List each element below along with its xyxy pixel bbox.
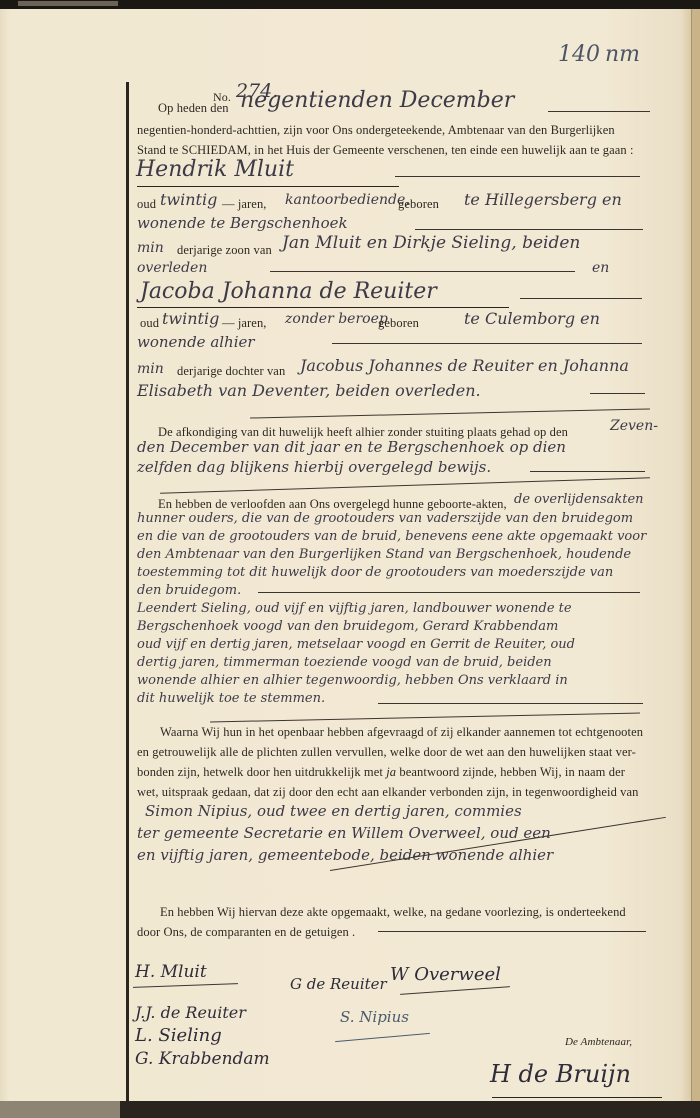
scan-top-edge — [0, 0, 700, 9]
minor-prefix: min — [137, 240, 164, 256]
signature-krabbendam: G. Krabbendam — [135, 1049, 270, 1069]
fill-line — [270, 271, 575, 272]
age-suffix: — jaren, — [222, 197, 267, 212]
documents-hand-5: toestemming tot dit huwelijk door de gro… — [137, 565, 613, 580]
bride-name: Jacoba Johanna de Reuiter — [140, 279, 437, 304]
fill-line — [378, 931, 646, 932]
documents-hand-2: hunner ouders, die van de grootouders va… — [137, 511, 633, 526]
fill-line — [258, 592, 640, 593]
witness-line-1: Simon Nipius, oud twee en dertig jaren, … — [145, 802, 522, 820]
margin-rule — [126, 82, 129, 1102]
and-word: en — [592, 260, 609, 276]
fill-line — [520, 298, 642, 299]
proclamation-details-cont: zelfden dag blijkens hierbij overgelegd … — [137, 458, 491, 476]
bride-occupation: zonder beroep — [285, 311, 388, 327]
documents-hand-9: oud vijf en dertig jaren, metselaar voog… — [137, 637, 575, 652]
fill-line — [395, 176, 640, 177]
groom-name: Hendrik Mluit — [136, 157, 294, 182]
minor-prefix: min — [137, 361, 164, 377]
documents-hand-10: dertig jaren, timmerman toeziende voogd … — [137, 655, 552, 670]
fill-line — [332, 343, 642, 344]
documents-hand-7: Leendert Sieling, oud vijf en vijftig ja… — [137, 601, 572, 616]
witness-line-2: ter gemeente Secretarie en Willem Overwe… — [137, 824, 551, 842]
groom-parents: Jan Mluit en Dirkje Sieling, beiden — [282, 233, 580, 253]
closing-line1: En hebben Wij hiervan deze akte opgemaak… — [160, 905, 626, 920]
proclamation-details: den December van dit jaar en te Bergsche… — [137, 438, 566, 456]
preamble-heden: Op heden den — [158, 101, 229, 116]
preamble-line3: Stand te SCHIEDAM, in het Huis der Gemee… — [137, 143, 634, 158]
bride-birthplace: te Culemborg en — [464, 309, 600, 328]
fill-line — [590, 393, 645, 394]
archive-page-initials: nm — [605, 42, 640, 67]
age-prefix: oud — [137, 197, 156, 212]
ceremony-line4: wet, uitspraak gedaan, dat zij door den … — [137, 785, 639, 800]
bride-parents-cont: Elisabeth van Deventer, beiden overleden… — [137, 381, 481, 400]
ceremony-line1: Waarna Wij hun in het openbaar hebben af… — [160, 725, 643, 740]
marriage-date: negentienden December — [240, 88, 514, 113]
daughter-label: derjarige dochter van — [177, 364, 285, 379]
archive-page-number: 140 — [558, 42, 600, 67]
fill-line — [378, 703, 643, 704]
bride-residence: wonende alhier — [137, 333, 255, 351]
ceremony-line3: bonden zijn, hetwelk door hen uitdrukkel… — [137, 765, 625, 780]
witness-line-3: en vijftig jaren, gemeentebode, beiden w… — [137, 846, 553, 864]
age-prefix: oud — [140, 316, 159, 331]
name-underline — [137, 186, 399, 187]
fill-line — [530, 471, 645, 472]
preamble-line2: negentien-honderd-achttien, zijn voor On… — [137, 123, 615, 138]
groom-residence: wonende te Bergschenhoek — [137, 214, 348, 232]
documents-text: En hebben de verloofden aan Ons overgele… — [158, 497, 507, 512]
proclamation-date: Zeven- — [610, 418, 658, 434]
signature-jj-de-reuiter: J.J. de Reuiter — [135, 1003, 246, 1022]
bride-age: twintig — [162, 309, 219, 328]
documents-hand-8: Bergschenhoek voogd van den bruidegom, G… — [137, 619, 558, 634]
ceremony-line2: en getrouwelijk alle de plichten zullen … — [137, 745, 636, 760]
ja-word: ja — [386, 765, 396, 779]
groom-occupation: kantoorbediende, — [285, 192, 410, 208]
name-underline — [137, 307, 509, 308]
official-title: De Ambtenaar, — [565, 1036, 632, 1048]
documents-hand-3: en die van de grootouders van de bruid, … — [137, 529, 646, 544]
groom-age: twintig — [160, 190, 217, 209]
signature-reuiter: G de Reuiter — [290, 975, 387, 993]
groom-parents-cont: overleden — [137, 260, 207, 276]
born-label: geboren — [398, 197, 439, 212]
scan-bottom-edge — [0, 1101, 700, 1118]
signature-underline — [492, 1097, 662, 1098]
ceremony-line3-b: beantwoord zijnde, hebben Wij, in naam d… — [399, 765, 625, 779]
documents-hand-6: den bruidegom. — [137, 583, 241, 598]
signature-nipius: S. Nipius — [340, 1008, 409, 1026]
fill-line — [548, 111, 650, 112]
groom-birthplace: te Hillegersberg en — [464, 190, 622, 209]
son-label: derjarige zoon van — [177, 243, 272, 258]
ceremony-line3-a: bonden zijn, hetwelk door hen uitdrukkel… — [137, 765, 383, 779]
documents-hand-11: wonende alhier en alhier tegenwoordig, h… — [137, 673, 568, 688]
documents-hand-4: den Ambtenaar van den Burgerlijken Stand… — [137, 547, 631, 562]
signature-groom: H. Mluit — [135, 962, 207, 982]
fill-line — [415, 229, 643, 230]
born-label: geboren — [378, 316, 419, 331]
closing-line2: door Ons, de comparanten en de getuigen … — [137, 925, 355, 940]
signature-sieling: L. Sieling — [135, 1025, 222, 1046]
age-suffix: — jaren, — [222, 316, 267, 331]
documents-hand-12: dit huwelijk toe te stemmen. — [137, 691, 325, 706]
documents-hand-1: de overlijdensakten — [514, 492, 644, 507]
signature-overweel: W Overweel — [390, 964, 501, 985]
book-spine-edge — [691, 9, 700, 1101]
bride-parents: Jacobus Johannes de Reuiter en Johanna — [300, 356, 629, 375]
signature-official: H de Bruijn — [490, 1060, 631, 1088]
